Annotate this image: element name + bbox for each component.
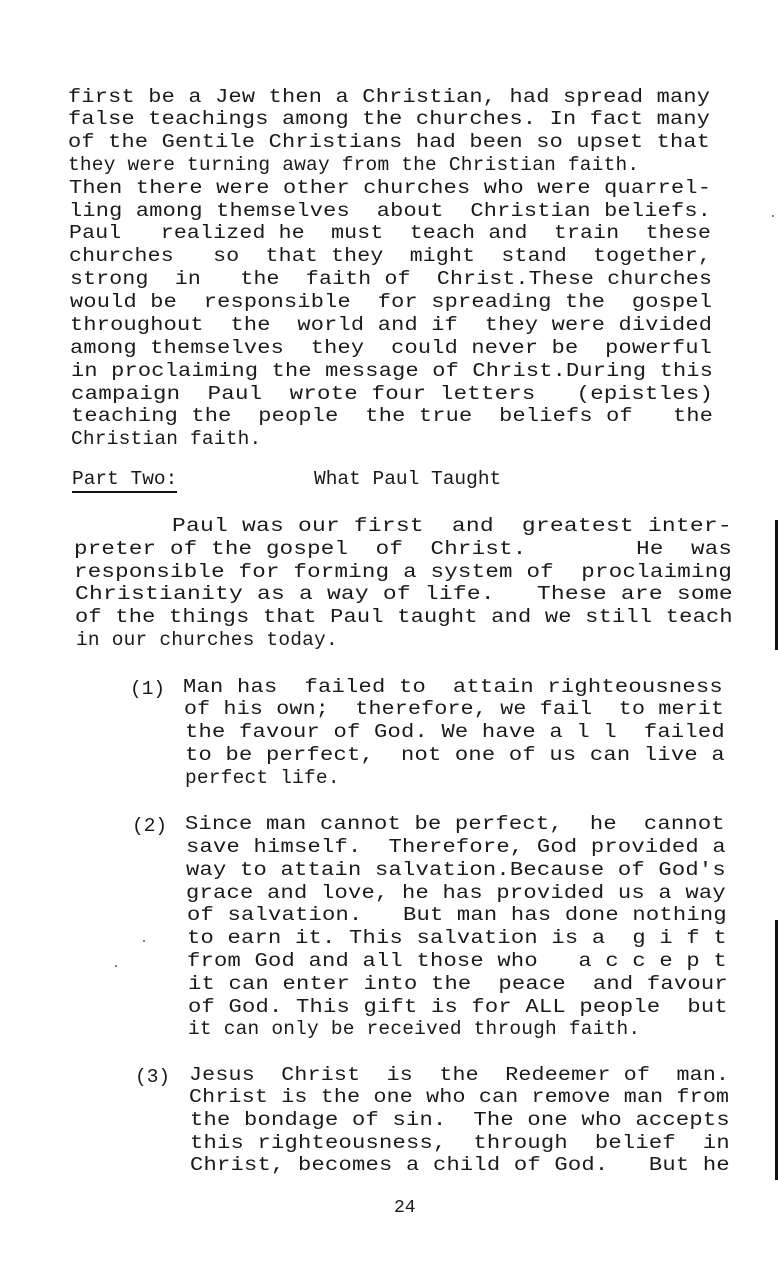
text-line: grace and love, he has provided us a way bbox=[186, 882, 726, 904]
text-line: false teachings among the churches. In f… bbox=[68, 108, 710, 130]
item-number: (2) bbox=[132, 815, 167, 837]
text-line: the bondage of sin. The one who accepts bbox=[190, 1109, 730, 1131]
text-line: among themselves they could never be pow… bbox=[70, 337, 712, 359]
text-line: in our churches today. bbox=[76, 629, 338, 651]
item-number: (1) bbox=[130, 678, 165, 700]
text-line: of the things that Paul taught and we st… bbox=[75, 606, 733, 628]
text-line: it can only be received through faith. bbox=[188, 1018, 640, 1040]
item-number: (3) bbox=[135, 1066, 170, 1088]
text-line: teaching the people the true beliefs of … bbox=[71, 405, 713, 427]
text-line: save himself. Therefore, God provided a bbox=[186, 836, 726, 858]
text-line: Jesus Christ is the Redeemer of man. bbox=[189, 1064, 729, 1086]
scan-speck bbox=[115, 965, 117, 967]
page-number: 24 bbox=[394, 1198, 416, 1218]
text-line: would be responsible for spreading the g… bbox=[70, 291, 712, 313]
text-line: churches so that they might stand togeth… bbox=[69, 245, 711, 267]
text-line: it can enter into the peace and favour bbox=[188, 973, 728, 995]
text-line: ling among themselves about Christian be… bbox=[69, 200, 711, 222]
text-line: Christ, becomes a child of God. But he bbox=[190, 1154, 730, 1176]
text-line: throughout the world and if they were di… bbox=[70, 314, 712, 336]
text-line: in proclaiming the message of Christ.Dur… bbox=[71, 360, 713, 382]
text-line: this righteousness, through belief in bbox=[190, 1132, 730, 1154]
section-title: What Paul Taught bbox=[314, 468, 501, 490]
text-line: Then there were other churches who were … bbox=[69, 177, 711, 199]
text-line: Christianity as a way of life. These are… bbox=[75, 583, 733, 605]
text-line: strong in the faith of Christ.These chur… bbox=[70, 268, 712, 290]
text-line: to earn it. This salvation is a g i f t bbox=[187, 927, 727, 949]
text-line: of his own; therefore, we fail to merit bbox=[184, 698, 724, 720]
text-line: Since man cannot be perfect, he cannot bbox=[185, 813, 725, 835]
text-line: the favour of God. We have a l l failed bbox=[185, 721, 725, 743]
text-line: Paul realized he must teach and train th… bbox=[69, 222, 711, 244]
text-line: responsible for forming a system of proc… bbox=[74, 561, 732, 583]
text-line: to be perfect, not one of us can live a bbox=[185, 744, 725, 766]
scan-speck bbox=[772, 215, 774, 217]
text-line: first be a Jew then a Christian, had spr… bbox=[68, 86, 710, 108]
text-line: of salvation. But man has done nothing bbox=[187, 904, 727, 926]
text-line: from God and all those who a c c e p t bbox=[187, 950, 727, 972]
scan-speck bbox=[143, 940, 145, 942]
text-line: they were turning away from the Christia… bbox=[68, 154, 639, 176]
text-line: of the Gentile Christians had been so up… bbox=[68, 131, 710, 153]
text-line: preter of the gospel of Christ. He was bbox=[74, 538, 732, 560]
text-line: of God. This gift is for ALL people but bbox=[188, 996, 728, 1018]
text-line: perfect life. bbox=[185, 767, 340, 789]
part-label: Part Two: bbox=[72, 468, 177, 493]
text-line: way to attain salvation.Because of God's bbox=[186, 859, 726, 881]
text-line: Christ is the one who can remove man fro… bbox=[189, 1086, 729, 1108]
text-line: Man has failed to attain righteousness bbox=[183, 676, 723, 698]
text-line: Paul was our first and greatest inter- bbox=[74, 515, 732, 537]
text-line: campaign Paul wrote four letters (epistl… bbox=[71, 383, 713, 405]
text-line: Christian faith. bbox=[71, 428, 261, 450]
